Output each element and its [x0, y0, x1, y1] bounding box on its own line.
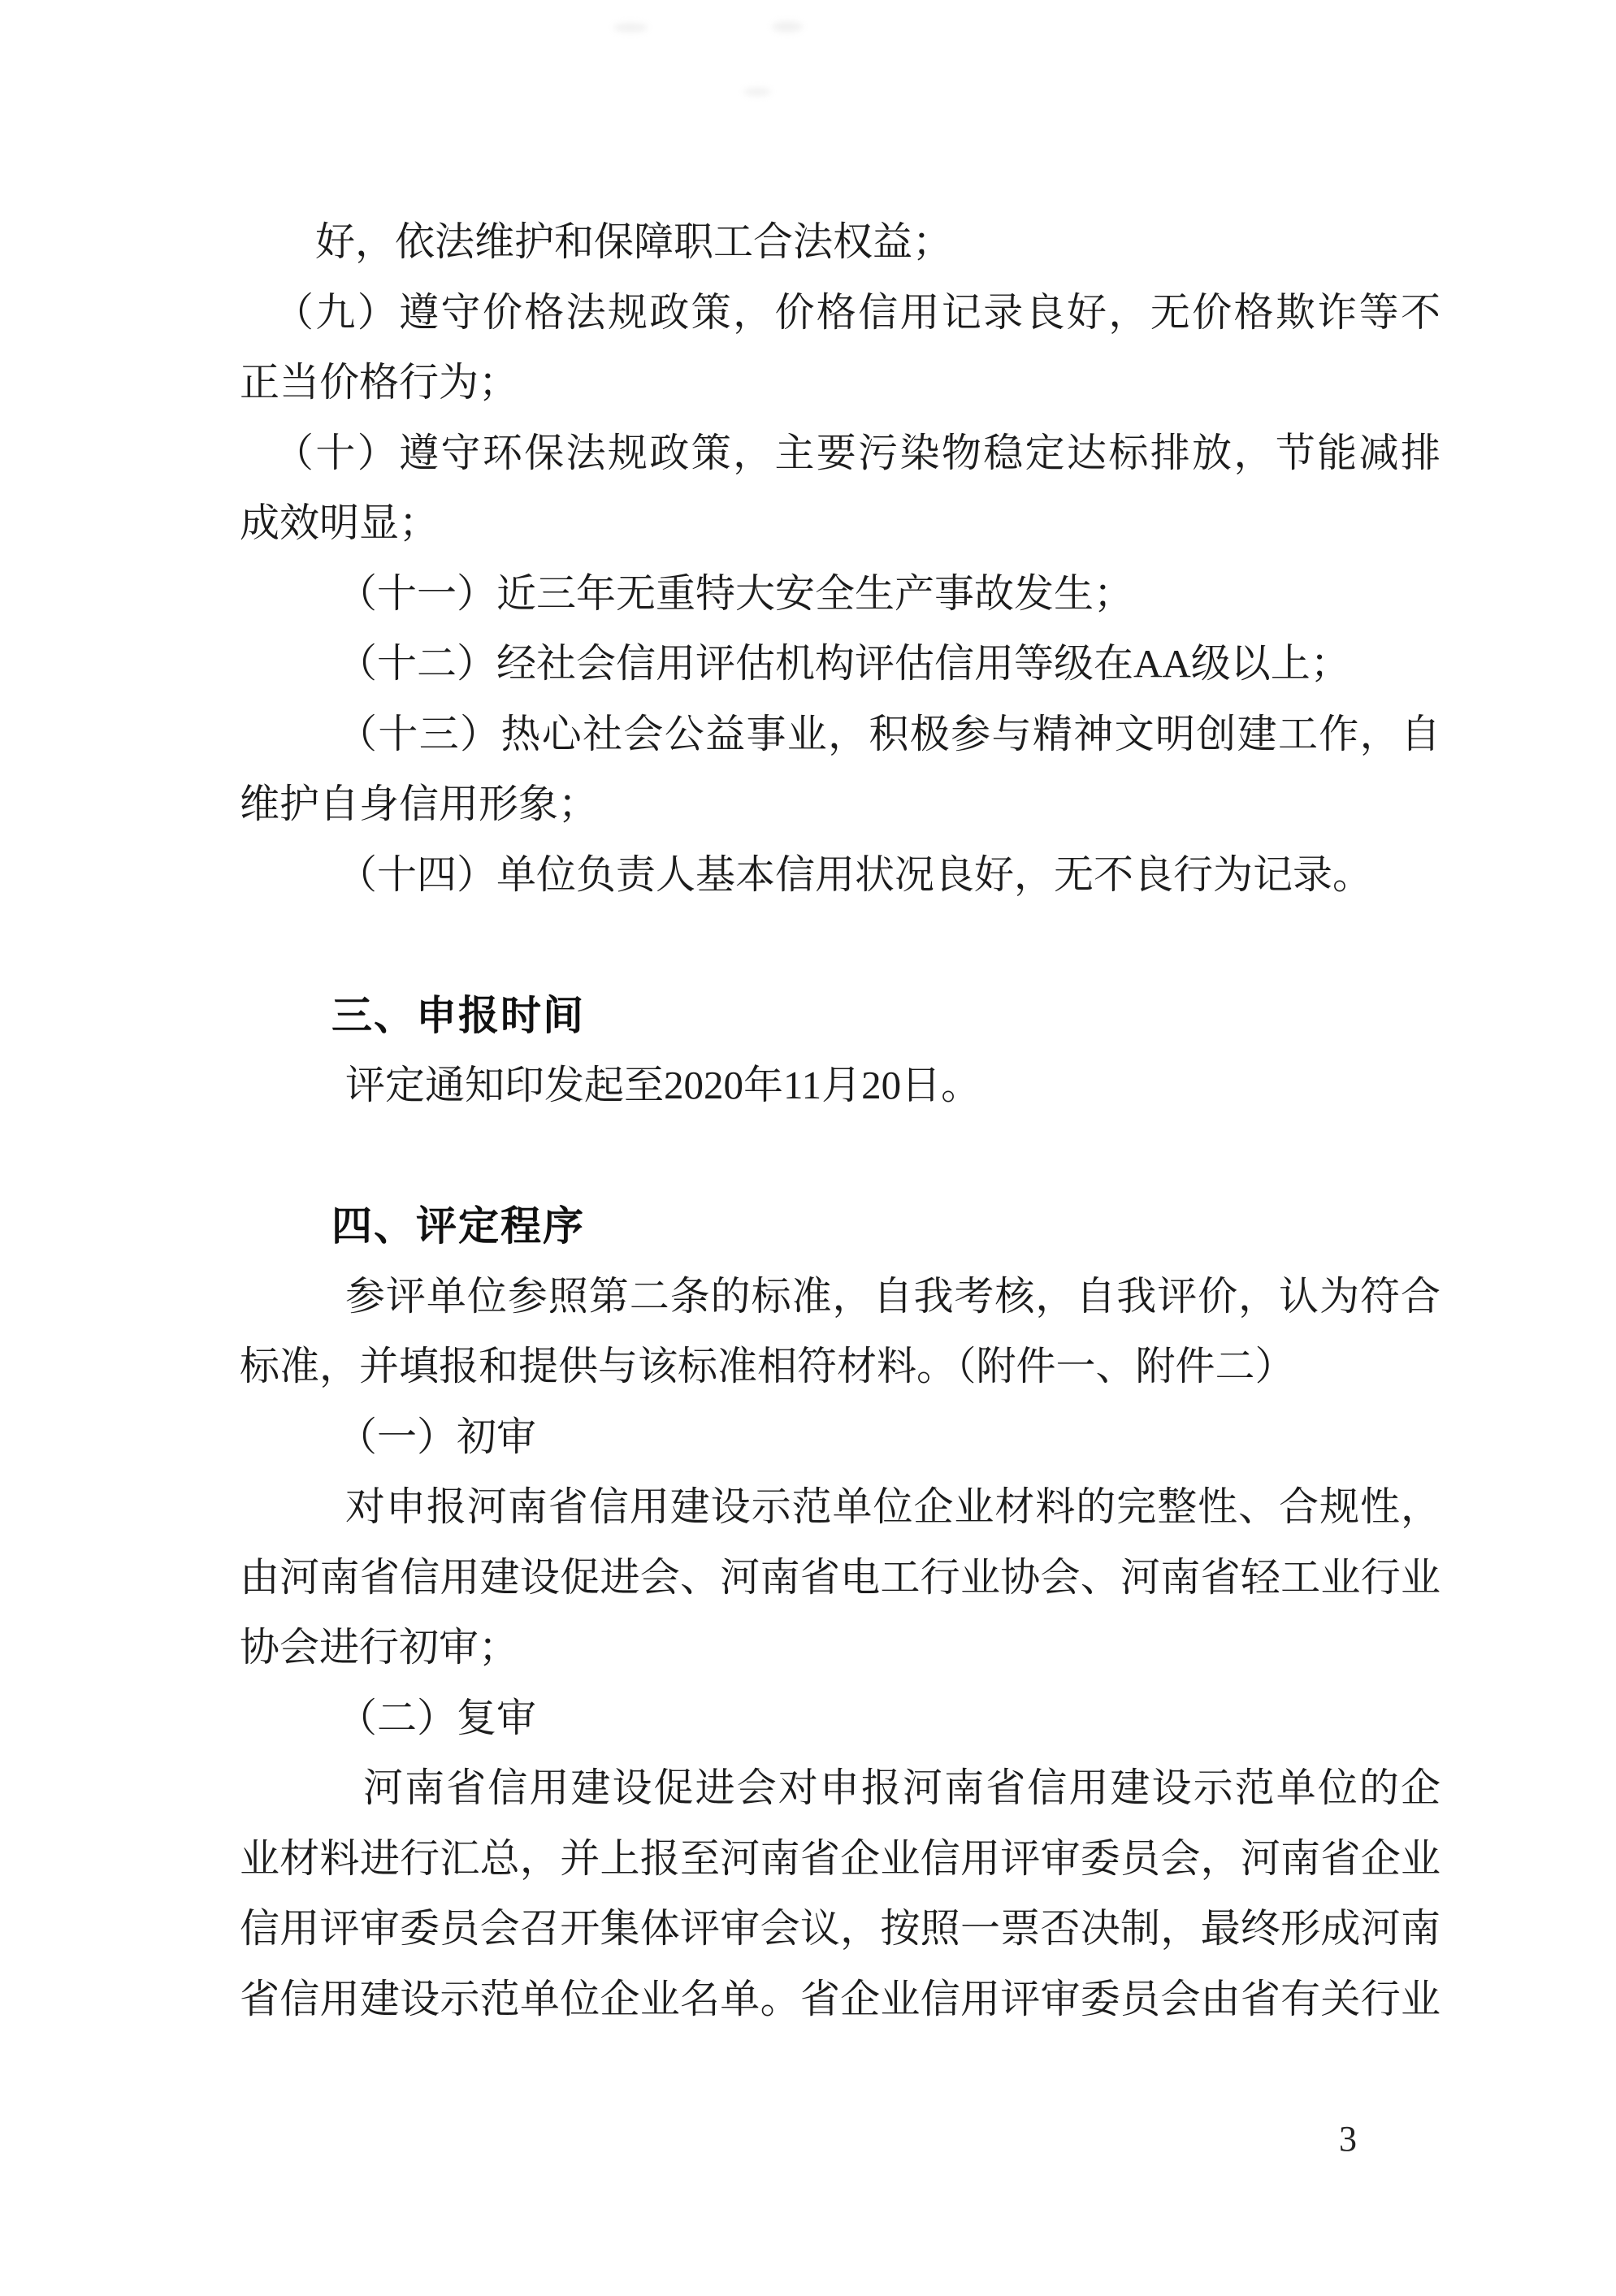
- text-line: 正当价格行为；: [240, 348, 1616, 418]
- scan-artifact: [613, 23, 648, 32]
- section-heading: 三、申报时间: [331, 981, 1616, 1051]
- text-line: 维护自身信用形象；: [240, 769, 1616, 840]
- text-line: （十二）经社会信用评估机构评估信用等级在AA级以上；: [337, 629, 1616, 700]
- text-line: 标准，并填报和提供与该标准相符材料。（附件一、附件二）: [240, 1332, 1616, 1402]
- text-line: 好，依法维护和保障职工合法权益；: [315, 207, 1616, 278]
- text-line: （二）复审: [337, 1683, 1616, 1754]
- text-line: （十）遵守环保法规政策，主要污染物稳定达标排放，节能减排: [274, 418, 1441, 489]
- scan-artifact: [772, 21, 803, 32]
- text-line: （十四）单位负责人基本信用状况良好，无不良行为记录。: [337, 840, 1616, 911]
- text-line: 河南省信用建设促进会对申报河南省信用建设示范单位的企: [363, 1753, 1441, 1824]
- text-line: 信用评审委员会召开集体评审会议，按照一票否决制，最终形成河南: [240, 1894, 1441, 1965]
- text-line: 评定通知印发起至2020年11月20日。: [345, 1051, 1616, 1121]
- text-line: 成效明显；: [240, 488, 1616, 559]
- body-text: 好，依法维护和保障职工合法权益； （九）遵守价格法规政策，价格信用记录良好，无价…: [0, 207, 1616, 2034]
- section-heading: 四、评定程序: [331, 1191, 1616, 1262]
- text-line: 由河南省信用建设促进会、河南省电工行业协会、河南省轻工业行业: [240, 1543, 1441, 1614]
- text-line: （十三）热心社会公益事业，积极参与精神文明创建工作，自觉: [337, 700, 1441, 770]
- text-line: 省信用建设示范单位企业名单。省企业信用评审委员会由省有关行业: [240, 1965, 1441, 2035]
- document-page: 好，依法维护和保障职工合法权益； （九）遵守价格法规政策，价格信用记录良好，无价…: [0, 0, 1616, 2296]
- blank-line: [0, 1121, 1616, 1192]
- text-line: 对申报河南省信用建设示范单位企业材料的完整性、合规性，: [345, 1472, 1441, 1543]
- text-line: （一）初审: [337, 1402, 1616, 1473]
- text-line: （九）遵守价格法规政策，价格信用记录良好，无价格欺诈等不: [274, 278, 1441, 349]
- text-line: 业材料进行汇总，并上报至河南省企业信用评审委员会，河南省企业: [240, 1824, 1441, 1895]
- page-number: 3: [1339, 2115, 1357, 2164]
- text-line: （十一）近三年无重特大安全生产事故发生；: [337, 559, 1616, 630]
- text-line: 参评单位参照第二条的标准，自我考核，自我评价，认为符合: [345, 1262, 1441, 1332]
- text-line: 协会进行初审；: [240, 1613, 1616, 1683]
- blank-line: [0, 910, 1616, 981]
- scan-artifact: [743, 88, 771, 96]
